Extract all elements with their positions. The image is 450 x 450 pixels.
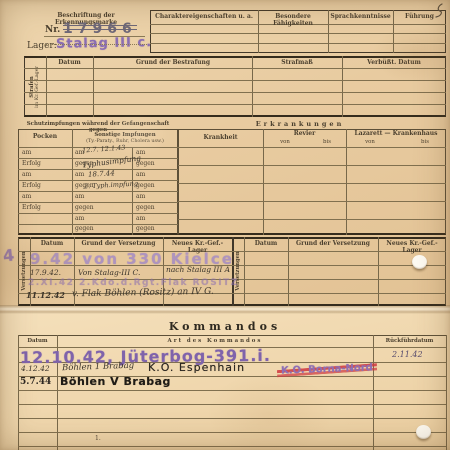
erkrankungen-grid-lines (178, 165, 446, 220)
col-character: Charaktereigenschaften u. a. (152, 14, 256, 21)
col-art-kommandos: Art des Kommandos (59, 338, 371, 344)
row-label-gegen: gegen (75, 226, 94, 233)
pencil-squiggle-mark (428, 3, 446, 19)
lazarett-bis-label: bis (410, 139, 440, 145)
row-label-am: am (136, 216, 145, 223)
row-label-gegen: gegen (75, 205, 94, 212)
col-sonstige: Sonstige Impfungen (74, 132, 176, 138)
punch-hole (412, 255, 427, 269)
dotted-rule (45, 44, 147, 45)
col-krankheit: Krankheit (180, 135, 261, 142)
col-datum: Datum (19, 338, 56, 344)
strafen-grid-lines (24, 80, 446, 106)
nr-label: Nr. (45, 25, 60, 35)
erkrankungen-title: Erkrankungen (200, 121, 400, 128)
hw-transfer-date-1: 17.9.42. (30, 268, 61, 277)
hw-vaccine-date-2: 18.7.44 (88, 169, 115, 178)
row-label-am: am (75, 216, 84, 223)
kommando-date-3: 5.7.44 (20, 377, 51, 387)
col-lazarett: Lazarett — Krankenhaus (348, 131, 444, 138)
pow-record-card-scan: Beschriftung der Erkennungsmarke Nr. 179… (0, 0, 450, 450)
column-divider (328, 10, 329, 53)
row-label-am: am (75, 194, 84, 201)
hw-kommando-date-2: 4.12.42 (21, 364, 50, 373)
header-rule (24, 68, 446, 69)
revier-bis-label: bis (312, 139, 342, 145)
row-label-am: am (22, 194, 31, 201)
row-label-erfolg: Erfolg (22, 161, 41, 168)
traits-grid-lines (150, 33, 446, 44)
row-label-gegen: gegen (136, 183, 155, 190)
impfungen-grid-lines (18, 158, 178, 225)
table-right-border (446, 335, 447, 450)
col-datum: Datum (47, 60, 92, 67)
row-label-erfolg: Erfolg (22, 205, 41, 212)
footnote-mark: 1. (95, 435, 101, 442)
col-verbuesst: Verbüßt. Datum (344, 60, 444, 67)
col-grund-versetzung: Grund der Versetzung (76, 241, 161, 248)
col-strafmass: Strafmaß (254, 60, 340, 67)
boehlen-brabag-stamp: Böhlen V Brabag (60, 375, 171, 388)
col-pocken: Pocken (20, 134, 70, 141)
margin-mark-stamp: 4 (2, 245, 15, 265)
col-grund-versetzung: Grund der Versetzung (290, 241, 376, 248)
header-rule (178, 147, 446, 148)
row-label-erfolg: Erfolg (22, 183, 41, 190)
lager-label: Lager: (27, 41, 57, 51)
col-datum: Datum (31, 241, 73, 248)
col-languages: Sprachkenntnisse (330, 14, 391, 21)
revier-von-label: von (270, 139, 300, 145)
col-abilities: Besondere Fähigkeiten (260, 14, 326, 28)
col-datum: Datum (245, 241, 287, 248)
hw-rueckfuehr-date: 2.11.42 (392, 350, 423, 359)
row-label-am: am (22, 172, 31, 179)
hw-transfer-from: Von Stalag-III C. (78, 268, 140, 277)
row-label-am: am (75, 172, 84, 179)
col-revier: Revier (265, 131, 344, 138)
row-label-am: am (136, 194, 145, 201)
row-label-am: am (136, 172, 145, 179)
col-grund-bestrafung: Grund der Bestrafung (95, 60, 251, 67)
prisoner-number-stamp: 17966 (63, 21, 137, 37)
lazarett-von-label: von (355, 139, 385, 145)
hw-transfer-date-2: 11.12.42 (26, 290, 65, 300)
kommandos-title: Kommandos (125, 321, 325, 334)
punch-hole (416, 425, 431, 439)
row-label-gegen: gegen (136, 226, 155, 233)
versetzungen-side-label: Versetzungen (21, 251, 27, 290)
column-divider (258, 10, 259, 53)
col-rueckfuehrdatum: Rückführdatum (375, 338, 444, 344)
row-label-gegen: gegen (136, 205, 155, 212)
column-divider (393, 10, 394, 53)
row-label-am: am (22, 150, 31, 157)
espenhain-kommando-stamp: K.O. Espenhain (148, 361, 245, 374)
hw-transfer-to: nach Stalag III A (166, 265, 230, 274)
paper-crease (0, 305, 450, 314)
table-top-rule (18, 335, 446, 336)
col-neues-lager: Neues Kr.-Gef.-Lager (380, 241, 444, 255)
